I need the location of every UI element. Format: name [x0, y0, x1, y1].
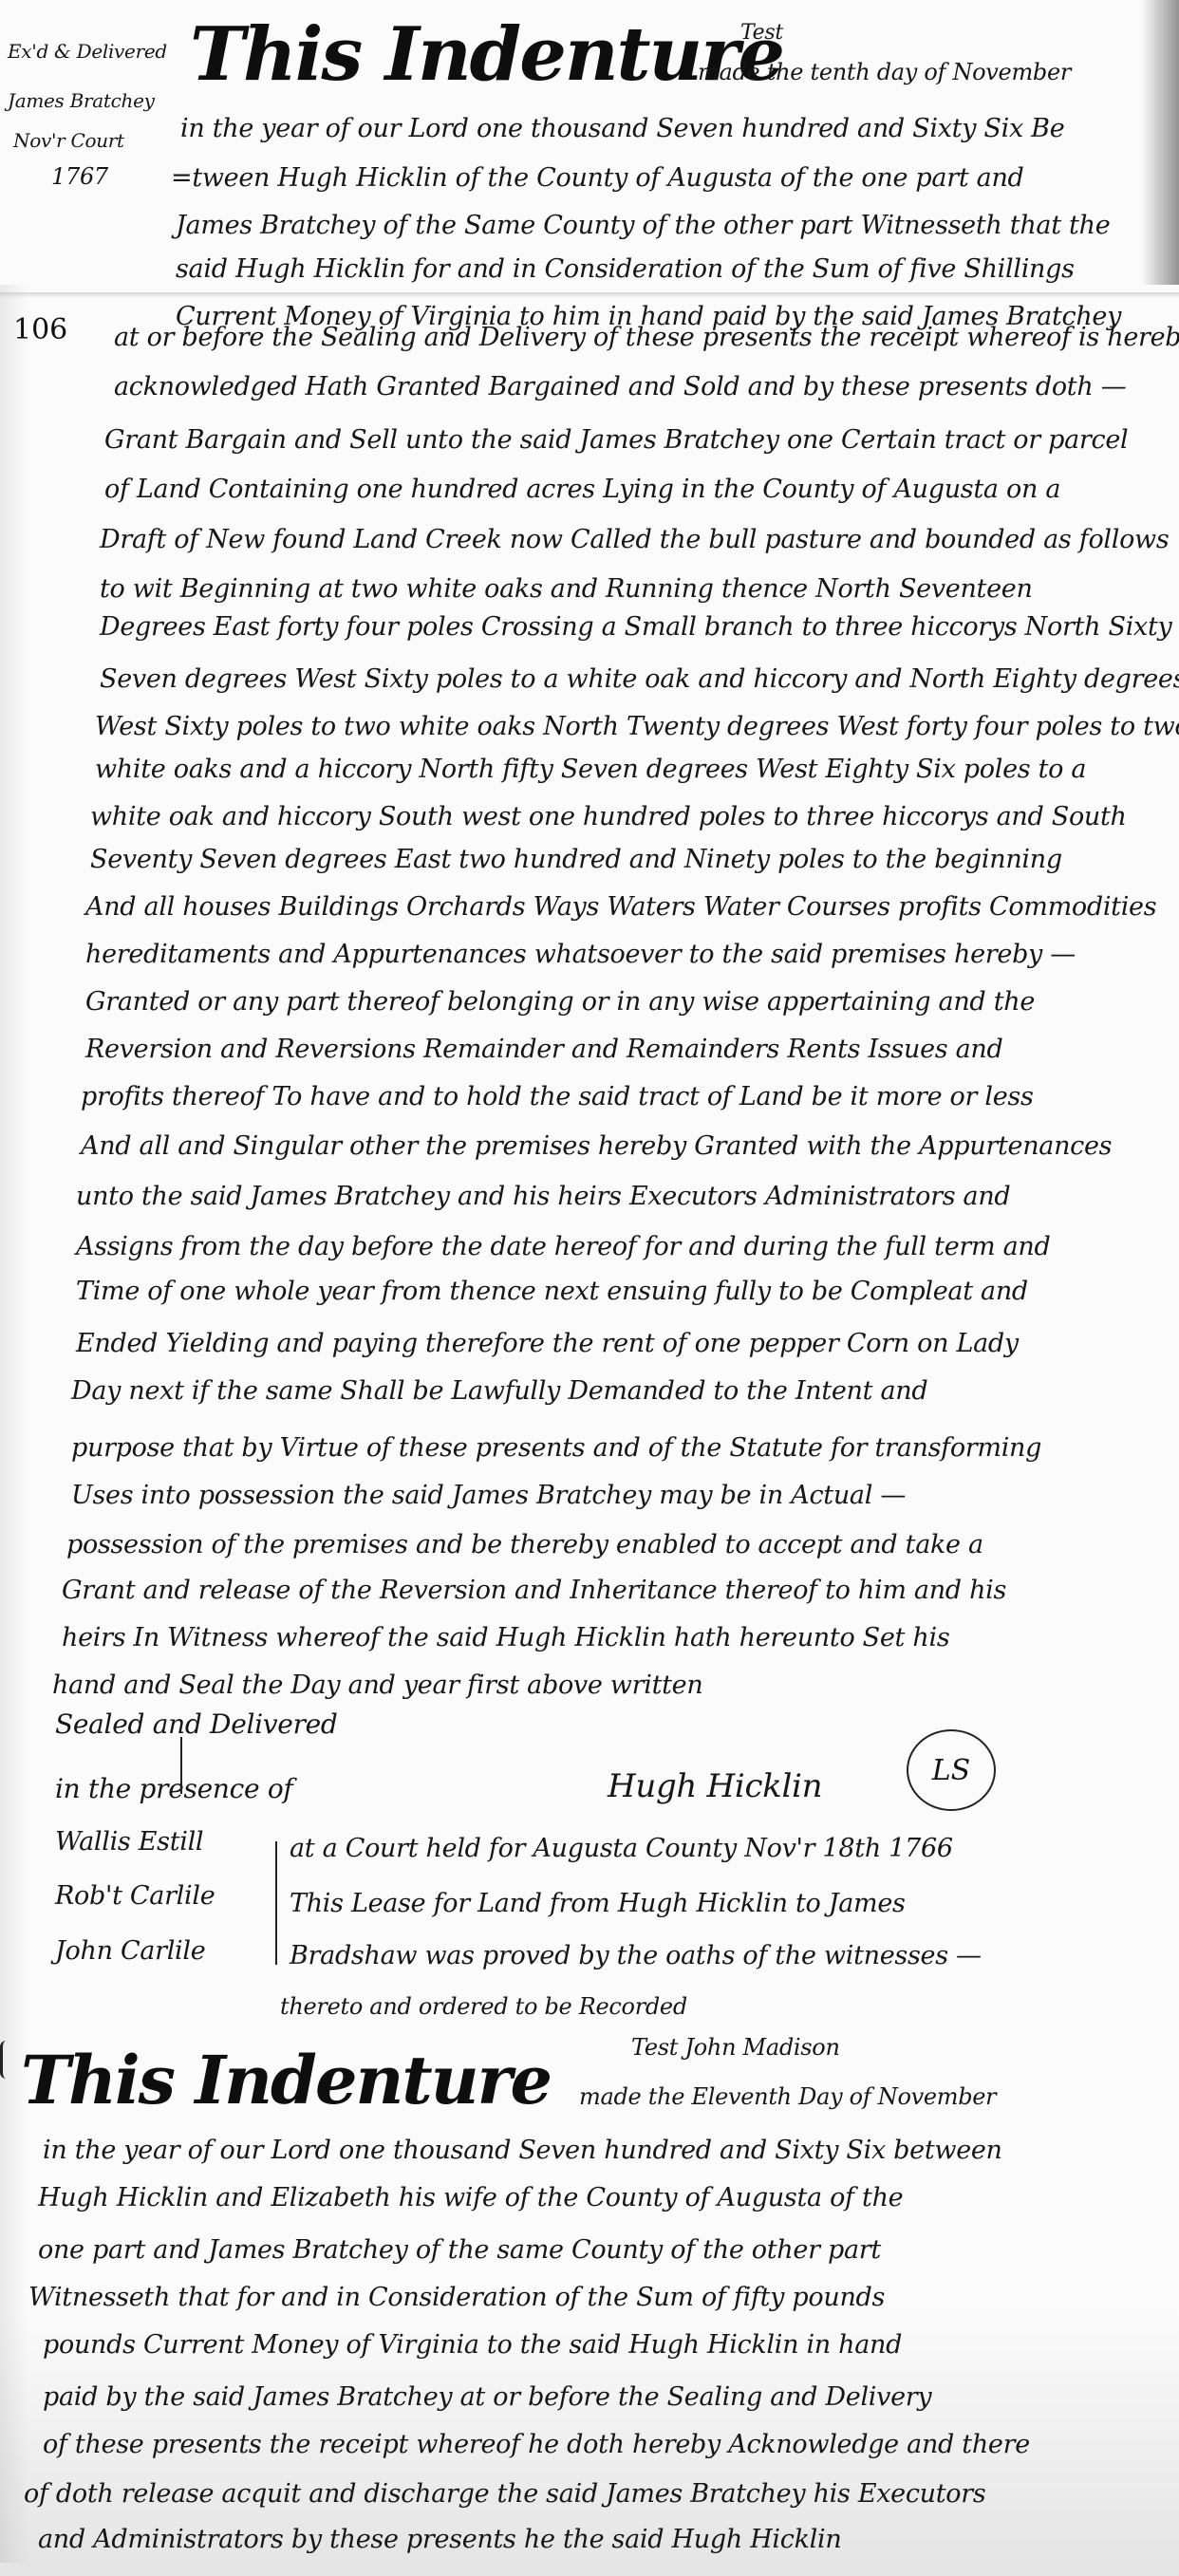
document-line: in the year of our Lord one thousand Sev… [180, 114, 1064, 143]
ink-mark [0, 2041, 12, 2079]
document-line: of doth release acquit and discharge the… [24, 2479, 985, 2509]
document-line: in the year of our Lord one thousand Sev… [43, 2136, 1002, 2165]
scanned-deed-page: Ex'd & Delivered James Bratchey Nov'r Co… [0, 0, 1179, 2576]
witness-name: John Carlile [55, 1936, 205, 1966]
document-line: Time of one whole year from thence next … [76, 1277, 1028, 1306]
margin-note-line: James Bratchey [8, 89, 155, 112]
margin-note-year: 1767 [51, 163, 108, 190]
document-line: pounds Current Money of Virginia to the … [43, 2330, 902, 2360]
brace [275, 1841, 283, 1965]
document-line: of Land Containing one hundred acres Lyi… [104, 475, 1060, 504]
document-line: And all and Singular other the premises … [81, 1131, 1112, 1161]
court-test-label: Test John Madison [631, 2034, 840, 2061]
document-line: white oak and hiccory South west one hun… [90, 802, 1127, 831]
document-line: white oaks and a hiccory North fifty Sev… [95, 755, 1086, 784]
page-number: 106 [13, 313, 67, 346]
document-line: Seven degrees West Sixty poles to a whit… [100, 664, 1179, 694]
document-line: Grant and release of the Reversion and I… [62, 1576, 1006, 1605]
sealed-delivered-label: Sealed and Delivered [55, 1708, 338, 1740]
document-line: Witnesseth that for and in Consideration… [28, 2283, 885, 2312]
document-line: =tween Hugh Hicklin of the County of Aug… [171, 163, 1024, 193]
indenture-title: This Indenture [21, 2041, 551, 2119]
document-line: heirs In Witness whereof the said Hugh H… [62, 1623, 949, 1652]
margin-note-line: Ex'd & Delivered [8, 40, 167, 63]
document-line: one part and James Bratchey of the same … [38, 2235, 881, 2265]
document-line: made the Eleventh Day of November [579, 2083, 996, 2110]
seal-text: LS [932, 1754, 970, 1787]
seal-ls: LS [907, 1729, 996, 1811]
document-line: at or before the Sealing and Delivery of… [114, 323, 1179, 352]
scan-shadow [0, 285, 28, 2563]
document-line: Day next if the same Shall be Lawfully D… [71, 1376, 927, 1406]
document-line: James Bratchey of the Same County of the… [176, 211, 1110, 240]
scan-seam [0, 292, 1179, 298]
document-line: Draft of New found Land Creek now Called… [100, 525, 1169, 554]
court-record-line: thereto and ordered to be Recorded [280, 1993, 687, 2020]
margin-note-line: Nov'r Court [13, 129, 124, 152]
document-line: And all houses Buildings Orchards Ways W… [85, 892, 1156, 922]
document-line: hand and Seal the Day and year first abo… [52, 1671, 702, 1700]
document-line: Granted or any part thereof belonging or… [85, 987, 1035, 1017]
document-line: to wit Beginning at two white oaks and R… [100, 574, 1033, 604]
document-line: possession of the premises and be thereb… [66, 1530, 983, 1559]
court-record-line: Bradshaw was proved by the oaths of the … [290, 1941, 982, 1970]
document-line: Assigns from the day before the date her… [76, 1232, 1050, 1261]
document-line: made the tenth day of November [698, 59, 1071, 85]
document-line: of these presents the receipt whereof he… [43, 2430, 1030, 2459]
indenture-title: This Indenture [190, 11, 783, 98]
document-line: unto the said James Bratchey and his hei… [76, 1182, 1010, 1211]
document-line: West Sixty poles to two white oaks North… [95, 712, 1179, 741]
document-line: hereditaments and Appurtenances whatsoev… [85, 940, 1076, 969]
document-line: Seventy Seven degrees East two hundred a… [90, 845, 1062, 874]
document-line: and Administrators by these presents he … [38, 2525, 841, 2554]
signer-name: Hugh Hicklin [608, 1767, 822, 1805]
court-record-line: This Lease for Land from Hugh Hicklin to… [290, 1889, 906, 1918]
document-line: Reversion and Reversions Remainder and R… [85, 1035, 1002, 1064]
scan-shadow [1141, 0, 1179, 285]
document-line: paid by the said James Bratchey at or be… [43, 2382, 931, 2412]
document-line: profits thereof To have and to hold the … [81, 1082, 1034, 1111]
document-line: Ended Yielding and paying therefore the … [76, 1329, 1019, 1358]
brace [171, 1737, 182, 1794]
document-line: Uses into possession the said James Brat… [71, 1481, 906, 1510]
document-line: purpose that by Virtue of these presents… [71, 1433, 1041, 1463]
witness-name: Rob't Carlile [55, 1881, 215, 1911]
document-line: Grant Bargain and Sell unto the said Jam… [104, 425, 1128, 455]
test-label: Test [740, 21, 783, 45]
document-line: Hugh Hicklin and Elizabeth his wife of t… [38, 2183, 903, 2212]
document-line: said Hugh Hicklin for and in Considerati… [176, 254, 1075, 284]
witness-name: Wallis Estill [55, 1827, 203, 1857]
court-record-line: at a Court held for Augusta County Nov'r… [290, 1834, 953, 1863]
document-line: acknowledged Hath Granted Bargained and … [114, 372, 1126, 401]
document-line: Degrees East forty four poles Crossing a… [100, 612, 1171, 642]
